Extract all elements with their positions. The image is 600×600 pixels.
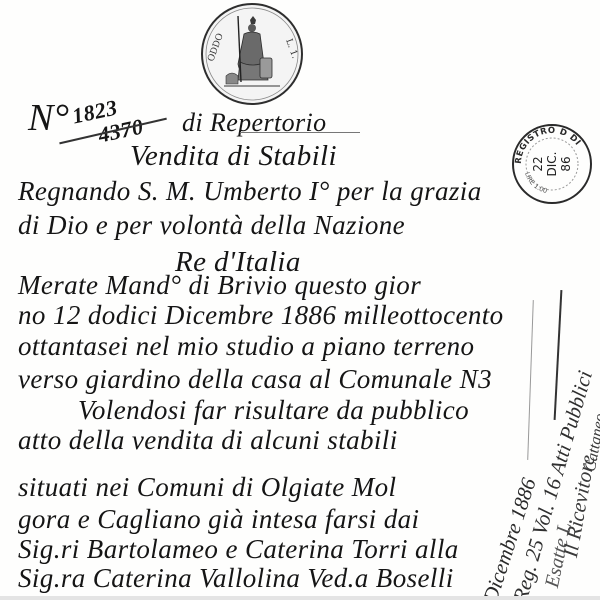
text-line: Sig.ra Caterina Vallolina Ved.a Boselli [18, 563, 454, 594]
page-edge [0, 596, 600, 600]
text-line: situati nei Comuni di Olgiate Mol [18, 472, 396, 503]
text-line: no 12 dodici Dicembre 1886 milleottocent… [18, 300, 504, 331]
svg-text:86: 86 [559, 156, 573, 171]
text-line: atto della vendita di alcuni stabili [18, 425, 398, 456]
text-line: verso giardino della casa al Comunale N3 [18, 364, 492, 395]
number-mark: N° [28, 96, 69, 140]
registry-stamp-icon: REGISTRO D DI LIRE 1.00 22 DIC. 86 [511, 123, 593, 205]
margin-line [527, 300, 534, 460]
repertorio-label: di Repertorio [182, 108, 327, 138]
document-title: Vendita di Stabili [130, 140, 337, 173]
svg-text:22: 22 [531, 156, 545, 171]
text-line: di Dio e per volontà della Nazione [18, 210, 405, 241]
svg-text:DIC.: DIC. [545, 152, 559, 177]
text-line: Sig.ri Bartolameo e Caterina Torri alla [18, 534, 459, 565]
text-line: Volendosi far risultare da pubblico [78, 395, 469, 426]
margin-line [554, 290, 563, 420]
document-page: ODDO L. 1. N° 1823 4370 di Repertorio Ve… [0, 0, 600, 600]
text-line: Merate Mand° di Brivio questo gior [18, 270, 421, 301]
text-line: Regnando S. M. Umberto I° per la grazia [18, 176, 482, 207]
text-line: ottantasei nel mio studio a piano terren… [18, 331, 474, 362]
revenue-seal-icon: ODDO L. 1. [200, 2, 304, 106]
text-line: gora e Cagliano già intesa farsi dai [18, 504, 419, 535]
margin-note-signature: Cattaneo [582, 412, 600, 473]
repertorio-rule [240, 132, 360, 133]
